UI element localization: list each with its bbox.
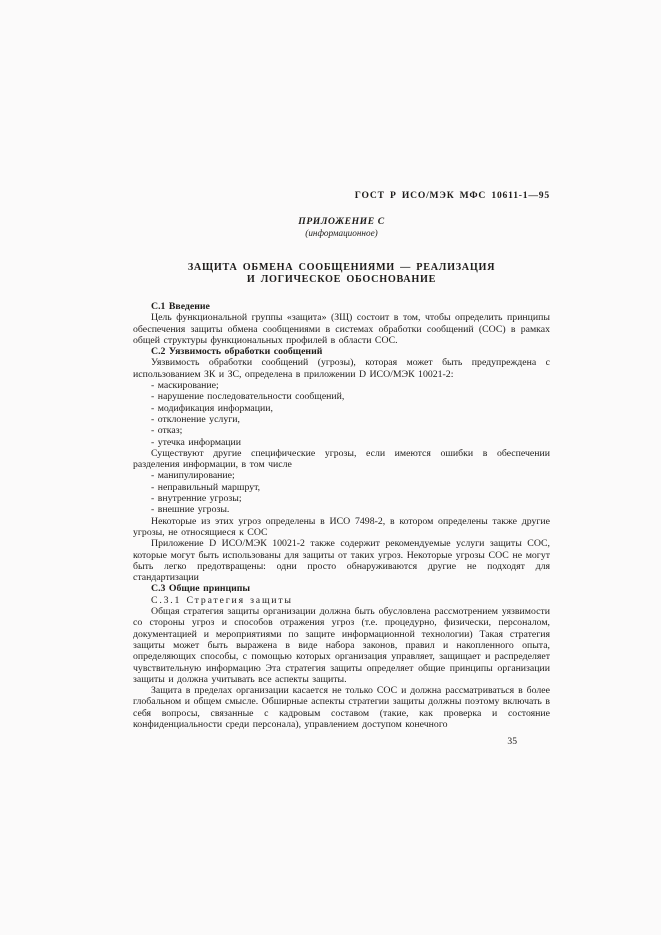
section-heading: С.2 Уязвимость обработки сообщений — [133, 346, 550, 357]
section-heading: С.3 Общие принципы — [133, 583, 550, 594]
document-page: ГОСТ Р ИСО/МЭК МФС 10611-1—95 ПРИЛОЖЕНИЕ… — [0, 0, 661, 935]
list-item: - модификация информации, — [133, 403, 550, 414]
standard-number: ГОСТ Р ИСО/МЭК МФС 10611-1—95 — [133, 190, 550, 201]
paragraph: Защита в пределах организации касается н… — [133, 685, 550, 730]
annex-note: (информационное) — [133, 228, 550, 238]
paragraph: Существуют другие специфические угрозы, … — [133, 448, 550, 471]
document-title: ЗАЩИТА ОБМЕНА СООБЩЕНИЯМИ — РЕАЛИЗАЦИЯ И… — [133, 262, 550, 285]
list-item: - внутренние угрозы; — [133, 493, 550, 504]
list-item: - манипулирование; — [133, 470, 550, 481]
list-item: - неправильный маршрут, — [133, 482, 550, 493]
paragraph: Общая стратегия защиты организации должн… — [133, 606, 550, 685]
annex-label: ПРИЛОЖЕНИЕ С — [133, 216, 550, 227]
list-item: - отклонение услуги, — [133, 414, 550, 425]
page-number: 35 — [133, 736, 517, 747]
title-line-1: ЗАЩИТА ОБМЕНА СООБЩЕНИЯМИ — РЕАЛИЗАЦИЯ — [133, 262, 550, 274]
title-line-2: И ЛОГИЧЕСКОЕ ОБОСНОВАНИЕ — [133, 274, 550, 286]
list-item: - отказ; — [133, 425, 550, 436]
section-heading: С.1 Введение — [133, 301, 550, 312]
list-item: - маскирование; — [133, 380, 550, 391]
list-item: - внешние угрозы. — [133, 504, 550, 515]
paragraph: Цель функциональной группы «защита» (ЗЩ)… — [133, 312, 550, 346]
list-item: - нарушение последовательности сообщений… — [133, 391, 550, 402]
paragraph: Уязвимость обработки сообщений (угрозы),… — [133, 357, 550, 380]
document-body: С.1 ВведениеЦель функциональной группы «… — [133, 301, 550, 730]
paragraph: Некоторые из этих угроз определены в ИСО… — [133, 516, 550, 539]
section-heading: С.3.1 Стратегия защиты — [133, 595, 550, 606]
paragraph: Приложение D ИСО/МЭК 10021-2 также содер… — [133, 538, 550, 583]
list-item: - утечка информации — [133, 437, 550, 448]
